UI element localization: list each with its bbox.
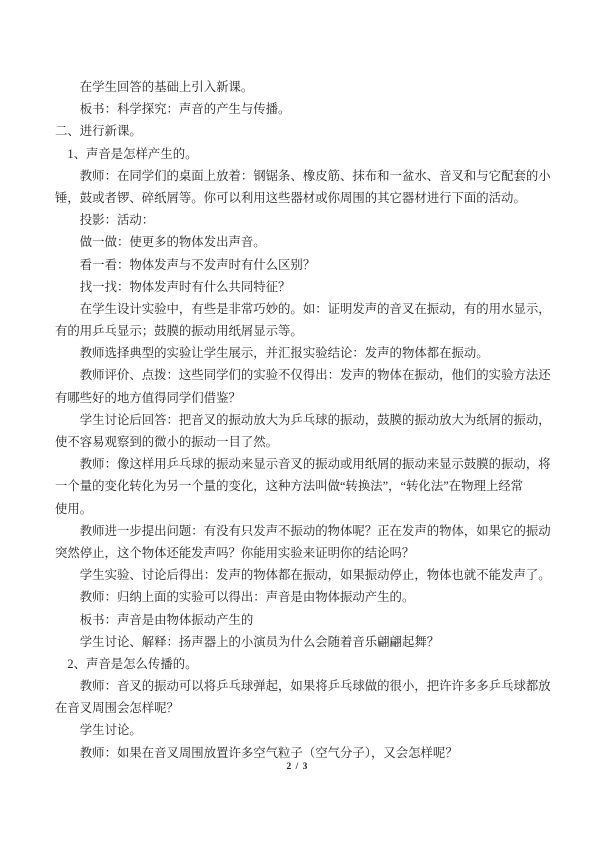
text-line: 板书：科学探究：声音的产生与传播。 — [55, 98, 555, 120]
text-line: 学生实验、讨论后得出：发声的物体都在振动，如果振动停止，物体也就不能发声了。 — [55, 564, 555, 586]
text-line: 1、声音是怎样产生的。 — [55, 143, 555, 165]
text-line: 看一看：物体发声与不发声时有什么区别？ — [55, 254, 555, 276]
text-line: 做一做：使更多的物体发出声音。 — [55, 231, 555, 253]
text-line: 一个量的变化转化为另一个量的变化，这种方法叫做“转换法”，“转化法”在物理上经常 — [55, 475, 555, 497]
text-line: 学生讨论。 — [55, 719, 555, 741]
document-page: 在学生回答的基础上引入新课。板书：科学探究：声音的产生与传播。二、进行新课。1、… — [0, 0, 595, 841]
text-line: 教师：在同学们的桌面上放着：钢锯条、橡皮筋、抹布和一盆水、音叉和与它配套的小 — [55, 165, 555, 187]
text-line: 在音叉周围会怎样呢？ — [55, 697, 555, 719]
text-line: 教师进一步提出问题：有没有只发声不振动的物体呢？正在发声的物体，如果它的振动 — [55, 520, 555, 542]
text-line: 学生讨论、解释：扬声器上的小演员为什么会随着音乐翩翩起舞？ — [55, 631, 555, 653]
text-line: 板书：声音是由物体振动产生的 — [55, 609, 555, 631]
text-line: 找一找：物体发声时有什么共同特征？ — [55, 276, 555, 298]
text-line: 锤，鼓或者锣、碎纸屑等。你可以利用这些器材或你周围的其它器材进行下面的活动。 — [55, 187, 555, 209]
text-line: 在学生回答的基础上引入新课。 — [55, 76, 555, 98]
text-line: 教师选择典型的实验让学生展示，并汇报实验结论：发声的物体都在振动。 — [55, 342, 555, 364]
page-number: 2 / 3 — [0, 762, 595, 772]
text-line: 教师：如果在音叉周围放置许多空气粒子（空气分子），又会怎样呢？ — [55, 742, 555, 764]
text-line: 教师：音叉的振动可以将乒乓球弹起，如果将乒乓球做的很小，把许许多多乒乓球都放 — [55, 675, 555, 697]
text-line: 有的用乒乓显示；鼓膜的振动用纸屑显示等。 — [55, 320, 555, 342]
text-line: 教师：归纳上面的实验可以得出：声音是由物体振动产生的。 — [55, 586, 555, 608]
text-line: 教师：像这样用乒乓球的振动来显示音叉的振动或用纸屑的振动来显示鼓膜的振动，将 — [55, 453, 555, 475]
text-line: 使不容易观察到的微小的振动一目了然。 — [55, 431, 555, 453]
text-line: 突然停止，这个物体还能发声吗？你能用实验来证明你的结论吗？ — [55, 542, 555, 564]
text-line: 二、进行新课。 — [55, 120, 555, 142]
text-line: 在学生设计实验中，有些是非常巧妙的。如：证明发声的音叉在振动，有的用水显示， — [55, 298, 555, 320]
text-line: 有哪些好的地方值得同学们借鉴？ — [55, 387, 555, 409]
text-line: 投影：活动： — [55, 209, 555, 231]
document-body: 在学生回答的基础上引入新课。板书：科学探究：声音的产生与传播。二、进行新课。1、… — [55, 76, 555, 764]
text-line: 教师评价、点拨：这些同学们的实验不仅得出：发声的物体在振动，他们的实验方法还 — [55, 364, 555, 386]
text-line: 使用。 — [55, 498, 555, 520]
text-line: 学生讨论后回答：把音叉的振动放大为乒乓球的振动，鼓膜的振动放大为纸屑的振动， — [55, 409, 555, 431]
text-line: 2、声音是怎么传播的。 — [55, 653, 555, 675]
